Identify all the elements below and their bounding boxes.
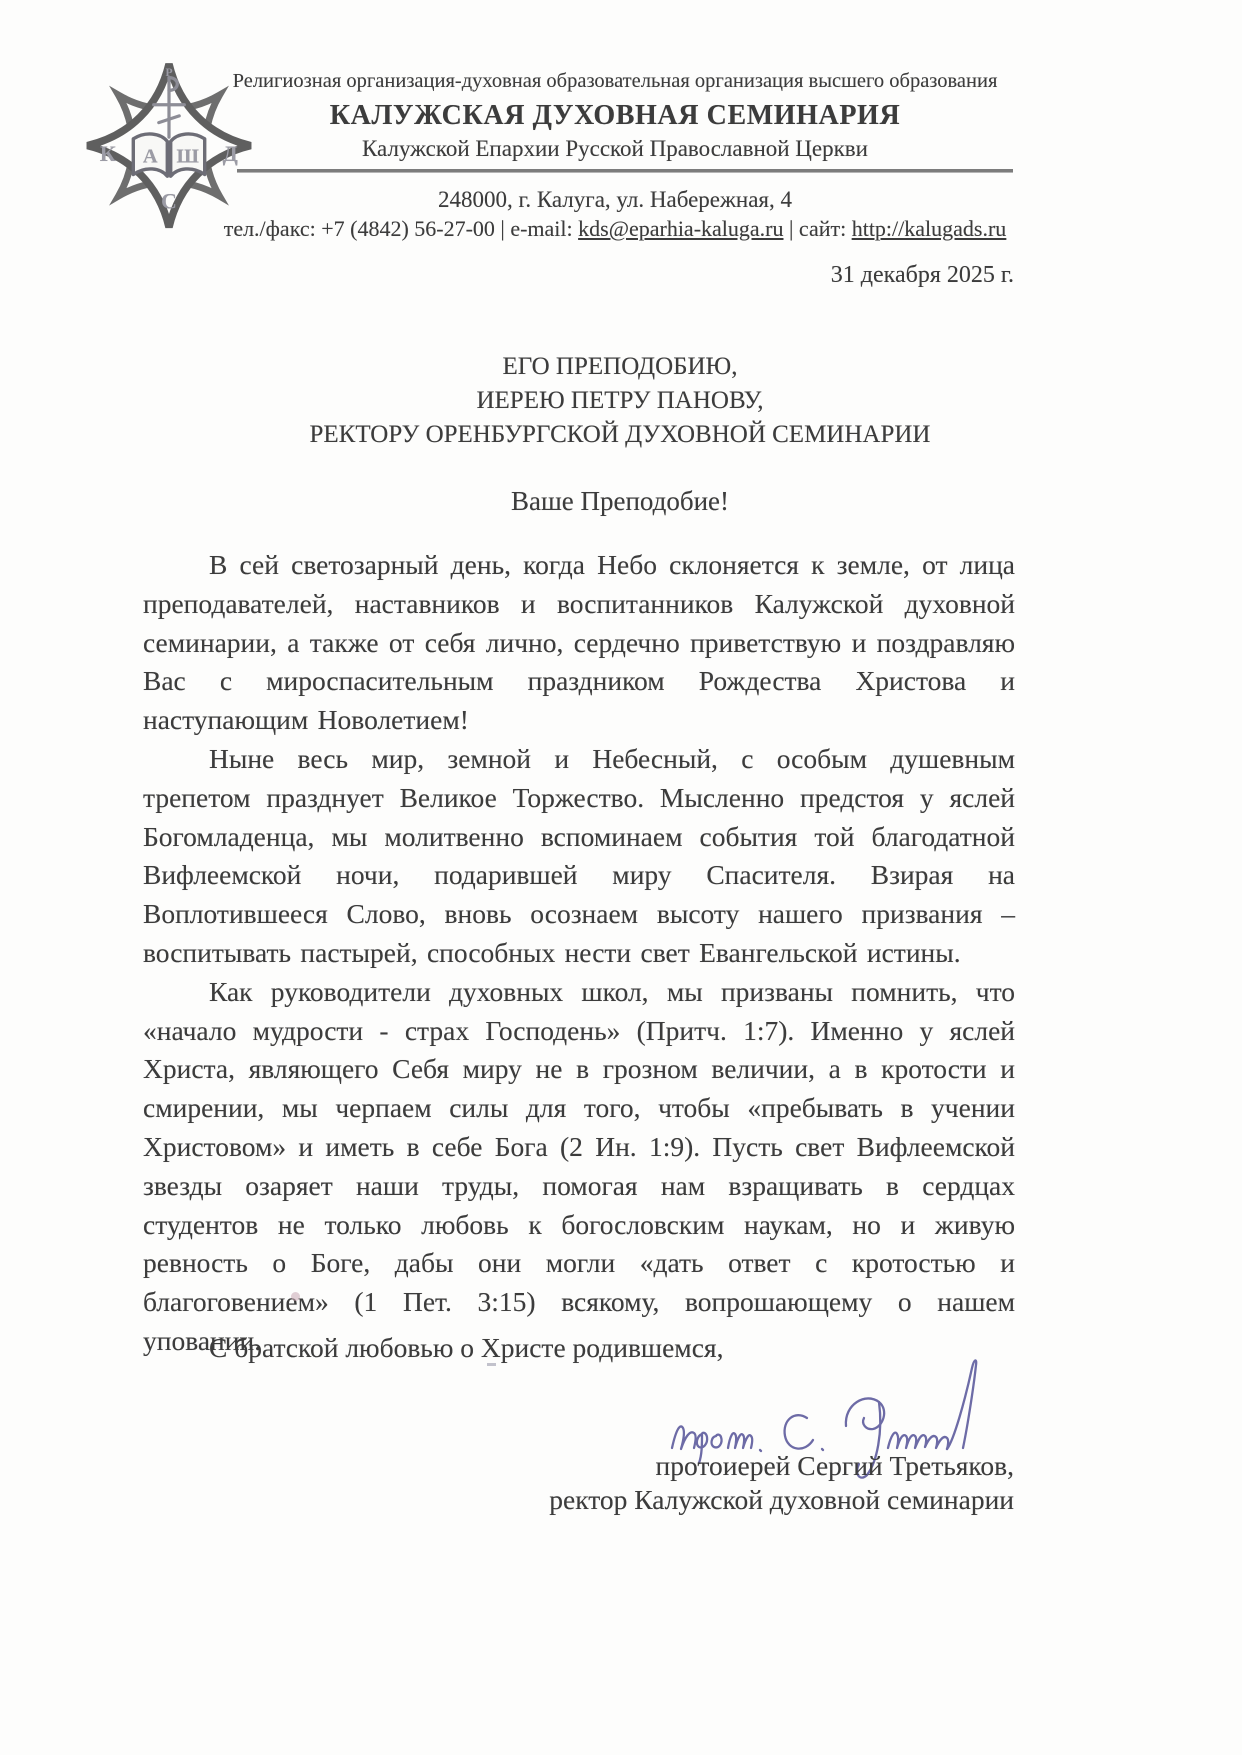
paragraph-3: Как руководители духовных школ, мы призв…: [143, 973, 1015, 1361]
org-name: КАЛУЖСКАЯ ДУХОВНАЯ СЕМИНАРИЯ: [205, 100, 1025, 132]
date-line: 31 декабря 2025 г.: [831, 262, 1014, 289]
letter-body: В сей светозарный день, когда Небо склон…: [143, 546, 1015, 1361]
addressee-line-2: ИЕРЕЮ ПЕТРУ ПАНОВУ,: [160, 384, 1080, 418]
scanned-letter-page: Р К А Ш Д С Религиозная организация-духо…: [0, 0, 1242, 1755]
org-subline: Калужской Епархии Русской Православной Ц…: [205, 136, 1025, 162]
emblem-letter-page-right: Ш: [176, 146, 199, 168]
signature-block: протоиерей Сергий Третьяков, ректор Калу…: [414, 1449, 1014, 1517]
paragraph-2: Ныне весь мир, земной и Небесный, с особ…: [143, 740, 1015, 973]
addressee-line-3: РЕКТОРУ ОРЕНБУРГСКОЙ ДУХОВНОЙ СЕМИНАРИИ: [160, 418, 1080, 452]
email-link[interactable]: kds@eparhia-kaluga.ru: [578, 216, 783, 241]
emblem-letter-bottom: С: [161, 189, 177, 214]
signer-title: ректор Калужской духовной семинарии: [414, 1483, 1014, 1517]
scan-speck: [291, 1292, 300, 1301]
emblem-letter-page-left: А: [143, 146, 158, 168]
paragraph-1: В сей светозарный день, когда Небо склон…: [143, 546, 1015, 740]
emblem-letter-left: К: [100, 141, 116, 166]
signer-name: протоиерей Сергий Третьяков,: [414, 1449, 1014, 1483]
scan-speck: [487, 1363, 496, 1366]
site-label: | сайт:: [784, 216, 852, 241]
addressee-block: ЕГО ПРЕПОДОБИЮ, ИЕРЕЮ ПЕТРУ ПАНОВУ, РЕКТ…: [160, 350, 1080, 452]
phone-fax-text: тел./факс: +7 (4842) 56-27-00 | e-mail:: [224, 216, 578, 241]
emblem-letter-top: Р: [165, 65, 172, 79]
org-type-line: Религиозная организация-духовная образов…: [205, 70, 1025, 93]
contact-line: тел./факс: +7 (4842) 56-27-00 | e-mail: …: [150, 216, 1080, 242]
header-divider: [237, 169, 1013, 173]
salutation: Ваше Преподобие!: [160, 486, 1080, 517]
addressee-line-1: ЕГО ПРЕПОДОБИЮ,: [160, 350, 1080, 384]
website-link[interactable]: http://kalugads.ru: [852, 216, 1007, 241]
address-line: 248000, г. Калуга, ул. Набережная, 4: [205, 187, 1025, 213]
